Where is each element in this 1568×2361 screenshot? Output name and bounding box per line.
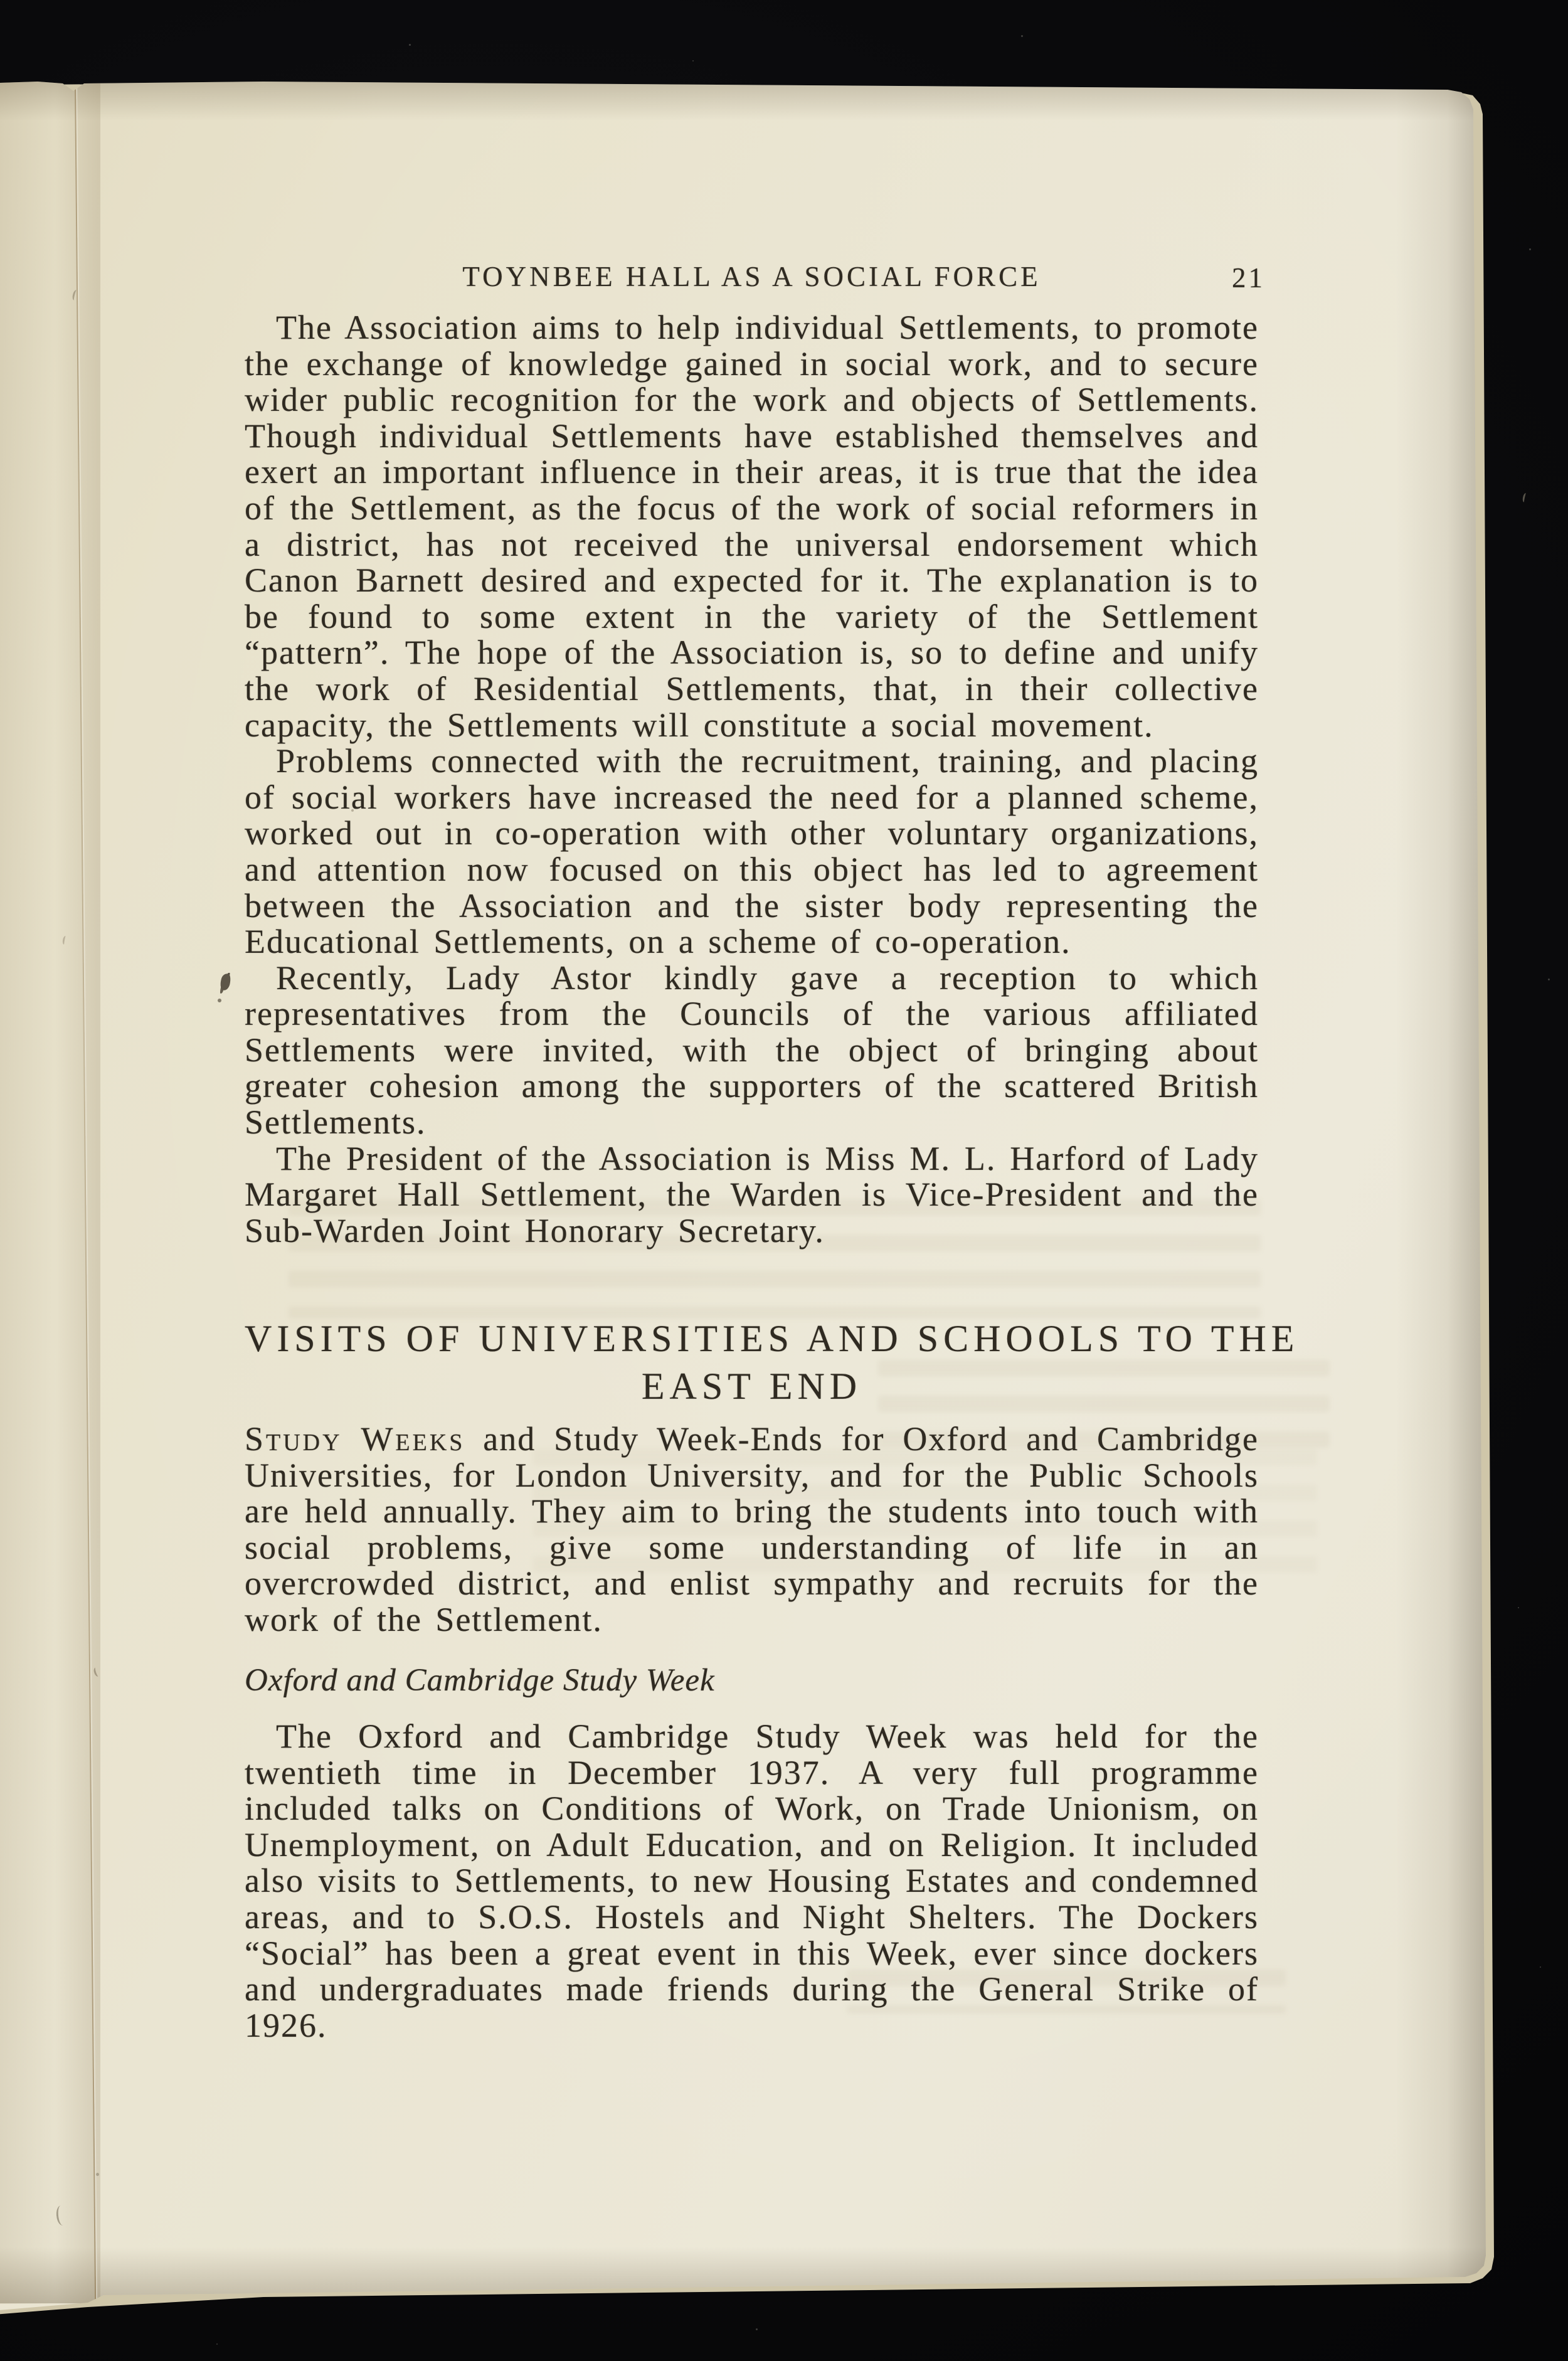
paragraph: The Oxford and Cambridge Study Week was … [245, 1719, 1259, 2044]
dust-speck [1548, 979, 1550, 980]
section-heading-line2: EAST END [245, 1362, 1259, 1410]
paragraph: The President of the Association is Miss… [245, 1141, 1259, 1249]
running-head-title: TOYNBEE HALL AS A SOCIAL FORCE [462, 261, 1041, 292]
book-page: TOYNBEE HALL AS A SOCIAL FORCE 21 The As… [0, 0, 1568, 2361]
page-top-shadow [0, 80, 1568, 120]
dust-speck [692, 60, 694, 61]
pencil-mark [93, 1667, 101, 1677]
dust-speck [756, 2328, 758, 2330]
section-heading: VISITS OF UNIVERSITIES AND SCHOOLS TO TH… [245, 1315, 1259, 1410]
paper-speck [96, 2173, 99, 2176]
running-head: TOYNBEE HALL AS A SOCIAL FORCE 21 [245, 260, 1259, 294]
section-paragraph: The Oxford and Cambridge Study Week was … [245, 1719, 1259, 2044]
dust-speck [1540, 1966, 1541, 1968]
ink-dot [218, 999, 221, 1002]
lead-small-caps: Study Weeks [245, 1420, 465, 1458]
page-number: 21 [1232, 261, 1265, 295]
paragraph: Recently, Lady Astor kindly gave a recep… [245, 960, 1259, 1141]
ink-blot [219, 973, 231, 992]
paragraph: The Association aims to help individual … [245, 310, 1259, 743]
paragraph: Problems connected with the recruitment,… [245, 743, 1259, 960]
section-lead-paragraph: Study Weeks and Study Week-Ends for Oxfo… [245, 1421, 1259, 1638]
dust-speck [1518, 1607, 1519, 1608]
dust-speck [1529, 248, 1531, 250]
pencil-mark [55, 2205, 68, 2226]
section-heading-line1: VISITS OF UNIVERSITIES AND SCHOOLS TO TH… [245, 1315, 1259, 1362]
dust-speck [1021, 35, 1023, 37]
body-text: The Association aims to help individual … [245, 310, 1259, 1249]
page-fold-crease [75, 82, 96, 2300]
subsection-heading: Oxford and Cambridge Study Week [245, 1662, 1259, 1699]
scanned-book-photo: { "colors": { "paper": "#eae4d0", "ink":… [0, 0, 1568, 2361]
dust-mark [1522, 492, 1528, 502]
pencil-mark [62, 935, 68, 945]
dust-speck [409, 44, 411, 46]
dust-speck [216, 2343, 218, 2345]
